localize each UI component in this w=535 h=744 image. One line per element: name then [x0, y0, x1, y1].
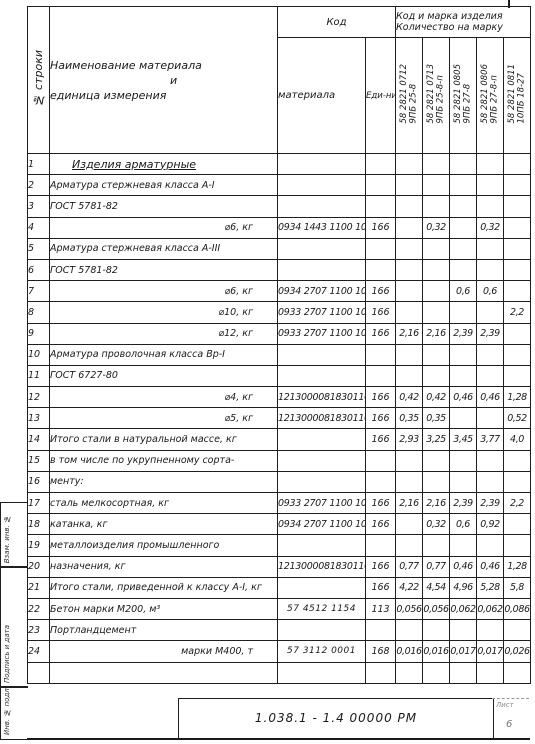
unit-code	[366, 662, 396, 683]
quantity-product-5: 1,28	[504, 556, 531, 577]
quantity-product-4	[477, 620, 504, 641]
quantity-product-3	[450, 154, 477, 175]
sheet-number: 6	[506, 719, 512, 730]
quantity-product-1: 0,35	[396, 408, 423, 429]
row-number: 19	[28, 535, 50, 556]
quantity-product-2: 0,056	[423, 598, 450, 619]
quantity-product-2: 0,32	[423, 217, 450, 238]
material-code: 0933 2707 1100 1030	[278, 323, 366, 344]
unit-code	[366, 450, 396, 471]
quantity-product-3	[450, 662, 477, 683]
quantity-product-4: 0,32	[477, 217, 504, 238]
material-name: ⌀5, кг	[50, 408, 278, 429]
quantity-product-2	[423, 175, 450, 196]
code-group-header: Код	[278, 7, 396, 38]
row-number: 11	[28, 365, 50, 386]
material-code: 1213000081830110	[278, 408, 366, 429]
material-name: Итого стали в натуральной массе, кг	[50, 429, 278, 450]
table-row: 14Итого стали в натуральной массе, кг166…	[28, 429, 531, 450]
quantity-product-4: 0,062	[477, 598, 504, 619]
table-row: 6ГОСТ 5781-82	[28, 259, 531, 280]
table-row: 18катанка, кг0934 2707 1100 10301660,320…	[28, 514, 531, 535]
material-name-header: Наименование материала и единица измерен…	[50, 7, 278, 154]
product-header-5: 58 2821 081110ПБ 18-27	[504, 38, 531, 154]
quantity-product-3	[450, 365, 477, 386]
quantity-product-5	[504, 259, 531, 280]
quantity-product-4	[477, 259, 504, 280]
quantity-product-1	[396, 238, 423, 259]
quantity-product-2	[423, 196, 450, 217]
unit-code: 166	[366, 387, 396, 408]
quantity-product-5	[504, 365, 531, 386]
quantity-product-2	[423, 302, 450, 323]
unit-code: 166	[366, 408, 396, 429]
quantity-product-2: 0,32	[423, 514, 450, 535]
quantity-product-1	[396, 175, 423, 196]
sheet-label: Лист	[496, 701, 514, 709]
material-code: 0933 2707 1100 1030	[278, 493, 366, 514]
table-row: 2Арматура стержневая класса А-I	[28, 175, 531, 196]
quantity-product-4	[477, 154, 504, 175]
quantity-product-3: 0,062	[450, 598, 477, 619]
quantity-product-4: 2,39	[477, 493, 504, 514]
quantity-product-1	[396, 620, 423, 641]
quantity-product-5	[504, 217, 531, 238]
quantity-product-4: 0,46	[477, 387, 504, 408]
quantity-product-1: 2,16	[396, 493, 423, 514]
quantity-product-1	[396, 217, 423, 238]
quantity-product-1: 2,16	[396, 323, 423, 344]
quantity-product-3	[450, 471, 477, 492]
quantity-product-1: 0,016	[396, 641, 423, 662]
row-number: 9	[28, 323, 50, 344]
row-number: 21	[28, 577, 50, 598]
row-number	[28, 662, 50, 683]
stamp-inv-orig: Инв. № подл.	[0, 686, 28, 740]
quantity-product-3	[450, 302, 477, 323]
quantity-product-4	[477, 302, 504, 323]
row-number: 3	[28, 196, 50, 217]
sheet-number-box: Лист 6	[492, 698, 529, 739]
row-number: 15	[28, 450, 50, 471]
quantity-product-1: 0,42	[396, 387, 423, 408]
material-name: сталь мелкосортная, кг	[50, 493, 278, 514]
quantity-product-3	[450, 217, 477, 238]
quantity-product-2: 0,77	[423, 556, 450, 577]
material-name: назначения, кг	[50, 556, 278, 577]
quantity-product-5	[504, 471, 531, 492]
material-code	[278, 175, 366, 196]
name-header-line1: Наименование материала	[50, 59, 202, 72]
table-row	[28, 662, 531, 683]
unit-code	[366, 471, 396, 492]
name-header-line3: единица измерения	[50, 89, 166, 102]
quantity-product-3: 0,6	[450, 281, 477, 302]
quantity-product-2	[423, 154, 450, 175]
material-code	[278, 620, 366, 641]
title-block: 1.038.1 - 1.4 00000 РМ	[178, 698, 494, 739]
quantity-product-3: 2,39	[450, 323, 477, 344]
table-row: 17сталь мелкосортная, кг0933 2707 1100 1…	[28, 493, 531, 514]
quantity-product-1	[396, 471, 423, 492]
quantity-product-4: 3,77	[477, 429, 504, 450]
table-row: 11ГОСТ 6727-80	[28, 365, 531, 386]
row-number: 4	[28, 217, 50, 238]
quantity-product-3: 2,39	[450, 493, 477, 514]
quantity-product-4	[477, 471, 504, 492]
quantity-product-5	[504, 281, 531, 302]
quantity-product-1	[396, 196, 423, 217]
table-row: 5Арматура стержневая класса А-III	[28, 238, 531, 259]
product-header-4: 58 2821 08069ПБ 27-8-п	[477, 38, 504, 154]
quantity-product-4	[477, 175, 504, 196]
table-row: 22Бетон марки М200, м³57 4512 11541130,0…	[28, 598, 531, 619]
material-code: 0934 2707 1100 1030	[278, 281, 366, 302]
material-name: ГОСТ 5781-82	[50, 196, 278, 217]
row-number: 12	[28, 387, 50, 408]
quantity-product-1: 0,056	[396, 598, 423, 619]
quantity-product-3: 0,017	[450, 641, 477, 662]
unit-code: 113	[366, 598, 396, 619]
quantity-product-4: 5,28	[477, 577, 504, 598]
material-code: 57 4512 1154	[278, 598, 366, 619]
material-name: металлоизделия промышленного	[50, 535, 278, 556]
material-name: ГОСТ 6727-80	[50, 365, 278, 386]
quantity-product-1	[396, 344, 423, 365]
quantity-product-4	[477, 450, 504, 471]
product-header-2: 58 2821 07139ПБ 25-8-п	[423, 38, 450, 154]
material-name: Изделия арматурные	[50, 154, 278, 175]
quantity-product-2: 0,016	[423, 641, 450, 662]
quantity-product-2: 3,25	[423, 429, 450, 450]
table-row: 19металлоизделия промышленного	[28, 535, 531, 556]
quantity-product-5	[504, 514, 531, 535]
quantity-product-1	[396, 281, 423, 302]
row-number: 8	[28, 302, 50, 323]
row-number: 18	[28, 514, 50, 535]
unit-code	[366, 238, 396, 259]
quantity-product-2	[423, 281, 450, 302]
row-number: 16	[28, 471, 50, 492]
material-name: ⌀6, кг	[50, 217, 278, 238]
material-code	[278, 238, 366, 259]
quantity-product-5	[504, 238, 531, 259]
material-name: ⌀6, кг	[50, 281, 278, 302]
quantity-product-2: 4,54	[423, 577, 450, 598]
unit-code: 166	[366, 302, 396, 323]
row-number: 17	[28, 493, 50, 514]
product-group-header: Код и марка изделия Количество на марку	[396, 7, 531, 38]
quantity-product-5: 0,52	[504, 408, 531, 429]
row-number: 24	[28, 641, 50, 662]
product-header-1: 58 2821 07129ПБ 25-8	[396, 38, 423, 154]
quantity-product-5: 4,0	[504, 429, 531, 450]
unit-code	[366, 344, 396, 365]
row-number: 6	[28, 259, 50, 280]
quantity-product-3	[450, 344, 477, 365]
table-row: 21Итого стали, приведенной к классу А-I,…	[28, 577, 531, 598]
name-header-line2: и	[50, 73, 277, 88]
unit-code: 166	[366, 281, 396, 302]
quantity-product-2: 2,16	[423, 323, 450, 344]
quantity-product-2	[423, 259, 450, 280]
unit-code: 166	[366, 429, 396, 450]
quantity-product-3	[450, 259, 477, 280]
quantity-product-4	[477, 535, 504, 556]
quantity-product-1	[396, 154, 423, 175]
quantity-product-5: 0,026	[504, 641, 531, 662]
material-code	[278, 535, 366, 556]
quantity-product-4: 2,39	[477, 323, 504, 344]
unit-code	[366, 620, 396, 641]
row-number-header: № строки	[28, 7, 50, 154]
document-number: 1.038.1 - 1.4 00000 РМ	[179, 711, 493, 725]
table-row: 13⌀5, кг12130000818301101660,350,350,52	[28, 408, 531, 429]
material-code	[278, 662, 366, 683]
quantity-product-5	[504, 196, 531, 217]
quantity-product-1: 0,77	[396, 556, 423, 577]
unit-code: 166	[366, 217, 396, 238]
unit-code	[366, 365, 396, 386]
quantity-product-5	[504, 154, 531, 175]
quantity-product-1	[396, 259, 423, 280]
row-number: 13	[28, 408, 50, 429]
quantity-product-4: 0,6	[477, 281, 504, 302]
table-row: 15в том числе по укрупненному сорта-	[28, 450, 531, 471]
material-name: ⌀10, кг	[50, 302, 278, 323]
material-code: 1213000081830110	[278, 556, 366, 577]
unit-code: 166	[366, 556, 396, 577]
quantity-product-4	[477, 365, 504, 386]
quantity-product-3: 0,46	[450, 387, 477, 408]
unit-code: 168	[366, 641, 396, 662]
quantity-product-2	[423, 620, 450, 641]
table-row: 4⌀6, кг0934 1443 1100 10101660,320,32	[28, 217, 531, 238]
row-number: 23	[28, 620, 50, 641]
quantity-product-3	[450, 535, 477, 556]
material-code-header: материала	[278, 38, 366, 154]
table-row: 10Арматура проволочная класса Вр-I	[28, 344, 531, 365]
material-name: катанка, кг	[50, 514, 278, 535]
quantity-product-1	[396, 662, 423, 683]
quantity-product-5	[504, 662, 531, 683]
quantity-product-4	[477, 344, 504, 365]
material-code: 0933 2707 1100 1030	[278, 302, 366, 323]
material-name: Арматура проволочная класса Вр-I	[50, 344, 278, 365]
quantity-product-4	[477, 196, 504, 217]
material-name: менту:	[50, 471, 278, 492]
quantity-product-5	[504, 450, 531, 471]
quantity-product-3: 0,46	[450, 556, 477, 577]
quantity-product-2	[423, 344, 450, 365]
material-name: ⌀4, кг	[50, 387, 278, 408]
quantity-product-5	[504, 344, 531, 365]
table-body: 1Изделия арматурные2Арматура стержневая …	[28, 154, 531, 684]
quantity-product-5	[504, 323, 531, 344]
quantity-product-2: 0,42	[423, 387, 450, 408]
table-row: 24марки М400, т57 3112 00011680,0160,016…	[28, 641, 531, 662]
row-number: 20	[28, 556, 50, 577]
quantity-product-3	[450, 408, 477, 429]
stamp-replaces-inv: Взам. инв. №	[0, 502, 28, 568]
material-code: 0934 1443 1100 1010	[278, 217, 366, 238]
quantity-product-1	[396, 365, 423, 386]
unit-code	[366, 175, 396, 196]
quantity-product-4	[477, 408, 504, 429]
row-number: 10	[28, 344, 50, 365]
material-code	[278, 365, 366, 386]
quantity-product-2: 0,35	[423, 408, 450, 429]
quantity-product-2	[423, 238, 450, 259]
table-row: 1Изделия арматурные	[28, 154, 531, 175]
quantity-product-3	[450, 620, 477, 641]
material-name: в том числе по укрупненному сорта-	[50, 450, 278, 471]
quantity-product-4: 0,46	[477, 556, 504, 577]
quantity-product-1: 4,22	[396, 577, 423, 598]
quantity-product-5: 0,086	[504, 598, 531, 619]
quantity-product-4	[477, 662, 504, 683]
quantity-product-5: 2,2	[504, 302, 531, 323]
quantity-product-2	[423, 535, 450, 556]
material-name: ГОСТ 5781-82	[50, 259, 278, 280]
material-code	[278, 450, 366, 471]
quantity-product-4: 0,017	[477, 641, 504, 662]
material-name: Итого стали, приведенной к классу А-I, к…	[50, 577, 278, 598]
quantity-product-2	[423, 471, 450, 492]
quantity-product-2: 2,16	[423, 493, 450, 514]
unit-code	[366, 196, 396, 217]
quantity-product-3	[450, 450, 477, 471]
quantity-product-3	[450, 238, 477, 259]
material-code	[278, 471, 366, 492]
material-code	[278, 344, 366, 365]
table-row: 3ГОСТ 5781-82	[28, 196, 531, 217]
unit-code: 166	[366, 577, 396, 598]
unit-code	[366, 154, 396, 175]
row-number: 5	[28, 238, 50, 259]
unit-code: 166	[366, 323, 396, 344]
table-row: 23Портландцемент	[28, 620, 531, 641]
product-group-line1: Код и марка изделия	[396, 11, 503, 22]
quantity-product-3: 4,96	[450, 577, 477, 598]
quantity-product-5: 5,8	[504, 577, 531, 598]
material-name: марки М400, т	[50, 641, 278, 662]
stamp-signature-date: Подпись и дата	[0, 566, 28, 688]
row-number: 1	[28, 154, 50, 175]
quantity-product-2	[423, 365, 450, 386]
unit-code	[366, 535, 396, 556]
table-row: 20назначения, кг12130000818301101660,770…	[28, 556, 531, 577]
quantity-product-1	[396, 535, 423, 556]
table-row: 8⌀10, кг0933 2707 1100 10301662,2	[28, 302, 531, 323]
quantity-product-3: 3,45	[450, 429, 477, 450]
row-number: 2	[28, 175, 50, 196]
quantity-product-2	[423, 450, 450, 471]
unit-header: Еди-ницы изме-рения	[366, 38, 396, 154]
material-name: Арматура стержневая класса А-III	[50, 238, 278, 259]
quantity-product-2	[423, 662, 450, 683]
material-code	[278, 429, 366, 450]
product-header-3: 58 2821 08059ПБ 27-8	[450, 38, 477, 154]
quantity-product-1	[396, 302, 423, 323]
quantity-product-4: 0,92	[477, 514, 504, 535]
material-code	[278, 154, 366, 175]
quantity-product-5	[504, 175, 531, 196]
material-spec-table: № строки Наименование материала и единиц…	[27, 6, 531, 684]
material-name: ⌀12, кг	[50, 323, 278, 344]
quantity-product-1	[396, 450, 423, 471]
table-row: 7⌀6, кг0934 2707 1100 10301660,60,6	[28, 281, 531, 302]
quantity-product-5	[504, 620, 531, 641]
material-name: Арматура стержневая класса А-I	[50, 175, 278, 196]
quantity-product-1	[396, 514, 423, 535]
table-row: 9⌀12, кг0933 2707 1100 10301662,162,162,…	[28, 323, 531, 344]
material-name: Бетон марки М200, м³	[50, 598, 278, 619]
material-code	[278, 196, 366, 217]
material-code: 1213000081830110	[278, 387, 366, 408]
quantity-product-4	[477, 238, 504, 259]
material-code	[278, 259, 366, 280]
bottom-border	[27, 738, 530, 740]
quantity-product-3	[450, 196, 477, 217]
product-group-line2: Количество на марку	[396, 22, 503, 33]
quantity-product-5	[504, 535, 531, 556]
quantity-product-5: 1,28	[504, 387, 531, 408]
material-code: 0934 2707 1100 1030	[278, 514, 366, 535]
quantity-product-5: 2,2	[504, 493, 531, 514]
material-name	[50, 662, 278, 683]
quantity-product-3: 0,6	[450, 514, 477, 535]
unit-code: 166	[366, 514, 396, 535]
quantity-product-1: 2,93	[396, 429, 423, 450]
material-name: Портландцемент	[50, 620, 278, 641]
material-code: 57 3112 0001	[278, 641, 366, 662]
row-number: 22	[28, 598, 50, 619]
table-row: 16менту:	[28, 471, 531, 492]
unit-code	[366, 259, 396, 280]
unit-code: 166	[366, 493, 396, 514]
row-number: 14	[28, 429, 50, 450]
material-code	[278, 577, 366, 598]
quantity-product-3	[450, 175, 477, 196]
row-number: 7	[28, 281, 50, 302]
table-row: 12⌀4, кг12130000818301101660,420,420,460…	[28, 387, 531, 408]
